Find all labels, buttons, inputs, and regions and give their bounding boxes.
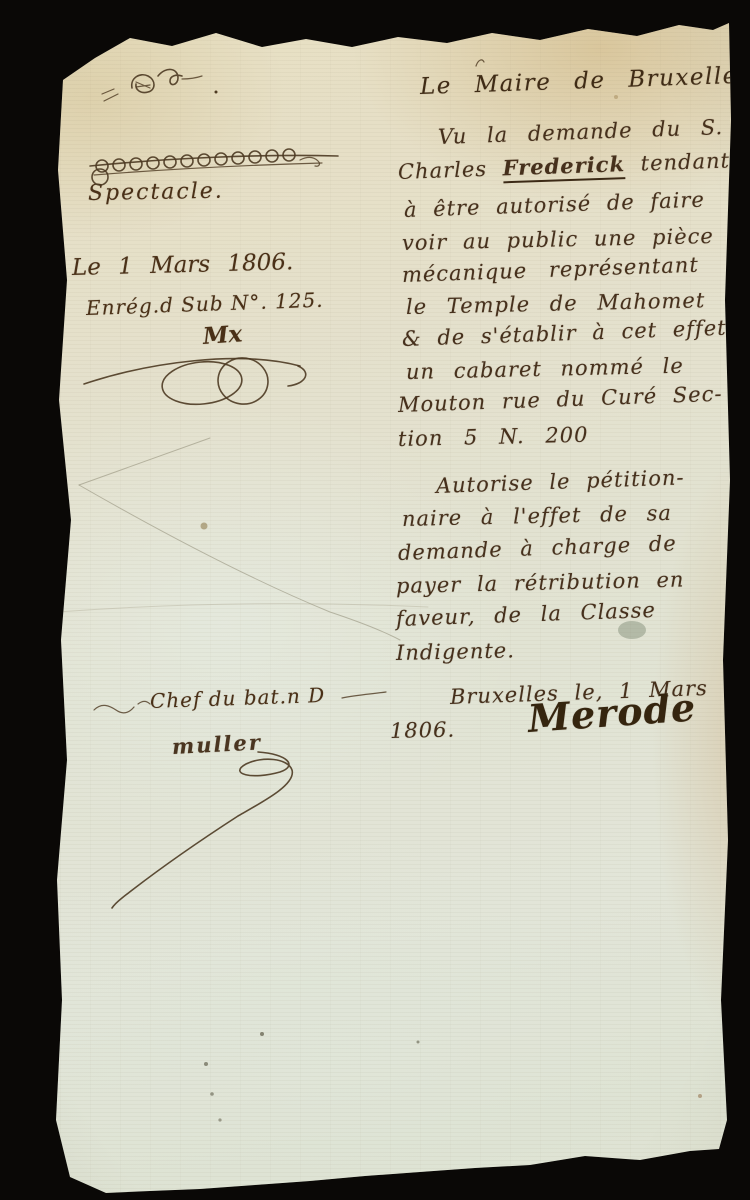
clerk-initials: Mx xyxy=(202,322,243,348)
page-title: Le Maire de Bruxelles xyxy=(420,64,750,99)
body-line: & de s'établir à cet effet xyxy=(402,318,727,350)
body-line: mécanique représentant xyxy=(402,255,700,286)
countersign-dashes xyxy=(94,692,386,713)
body-line: Indigente. xyxy=(396,640,515,664)
body-line: payer la rétribution en xyxy=(396,569,685,597)
countersign-title: Chef du bat.n D xyxy=(150,685,326,711)
body-line: tion 5 N. 200 xyxy=(398,425,589,450)
registration-note: Enrég.d Sub N°. 125. xyxy=(86,290,324,318)
spectacle-label: Spectacle. xyxy=(88,181,224,205)
body-line: un cabaret nommé le xyxy=(406,356,684,383)
closing-year: 1806. xyxy=(390,720,456,742)
strike-scribble xyxy=(90,149,338,185)
ink-overlay xyxy=(0,0,750,1200)
countersign-signature: muller xyxy=(171,731,262,757)
body-line: Vu la demande du S. xyxy=(438,117,724,148)
crease-line xyxy=(57,604,428,612)
body-line: faveur, de la Classe xyxy=(396,600,657,630)
body-line: Mouton rue du Curé Sec- xyxy=(398,384,723,416)
clerk-flourish xyxy=(84,355,306,408)
closing-place-date: Bruxelles le, 1 Mars xyxy=(450,678,709,708)
body-line: voir au public une pièce xyxy=(402,226,714,254)
crease-line xyxy=(79,438,210,485)
body-line: Charles Frederick tendant xyxy=(398,149,731,183)
body-line-text: tendant xyxy=(625,148,731,176)
body-line: Autorise le pétition- xyxy=(436,467,685,497)
crease-line xyxy=(79,485,400,640)
countersign-flourish xyxy=(112,752,292,908)
body-line: le Temple de Mahomet xyxy=(406,290,706,318)
foxing-spots xyxy=(201,60,703,1122)
body-line: à être autorisé de faire xyxy=(404,190,706,221)
merode-signature: Merode xyxy=(527,688,698,738)
docket-mark-scribble xyxy=(102,69,218,101)
body-line-text: Charles xyxy=(398,156,504,184)
body-line: naire à l'effet de sa xyxy=(402,503,672,530)
date-note: Le 1 Mars 1806. xyxy=(72,251,294,280)
underlined-name: Frederick xyxy=(502,151,625,183)
body-line: demande à charge de xyxy=(398,533,677,564)
document-paper: Spectacle. Le 1 Mars 1806. Enrég.d Sub N… xyxy=(0,0,750,1200)
photo-background: Spectacle. Le 1 Mars 1806. Enrég.d Sub N… xyxy=(0,0,750,1200)
